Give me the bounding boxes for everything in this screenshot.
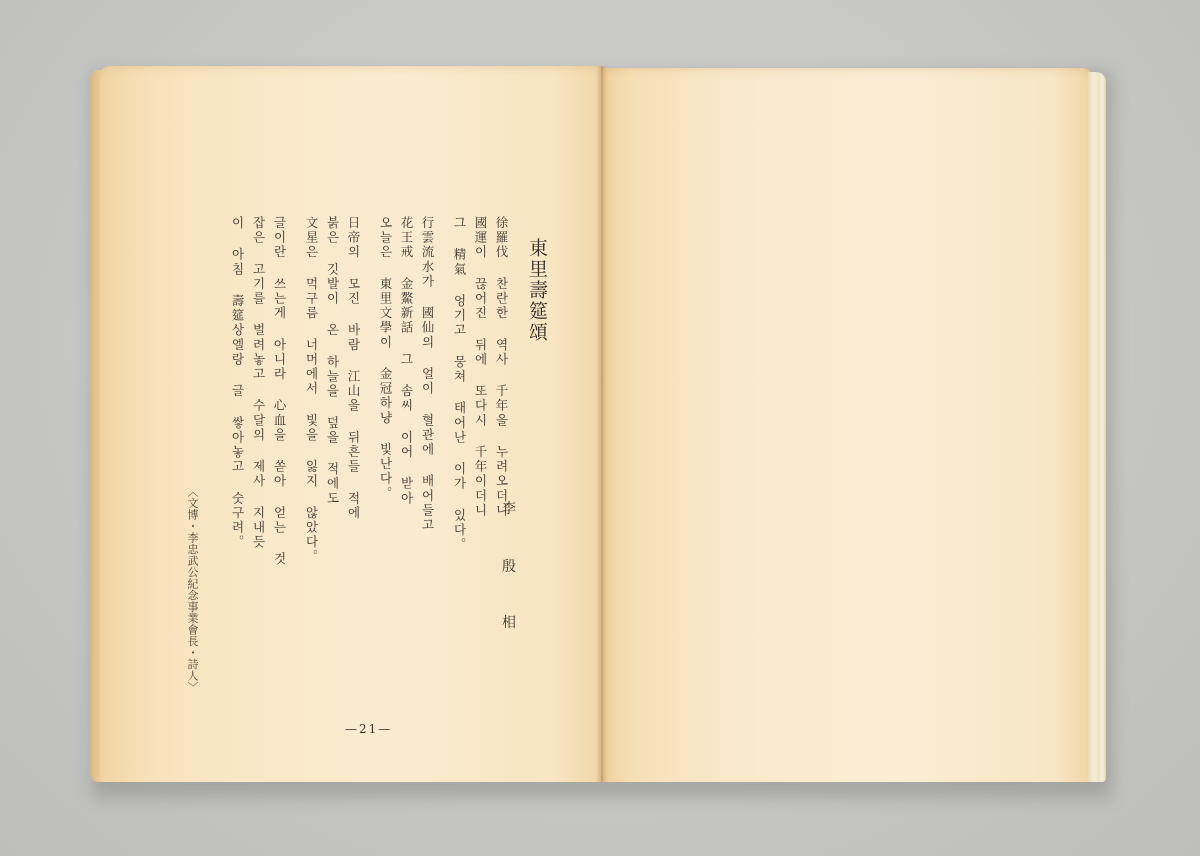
author-affiliation: 〈文博・李忠武公紀念事業會長・詩人〉: [184, 486, 200, 693]
author-name-char-1: 李: [502, 498, 516, 518]
poem-line-2: 國運이 끊어진 뒤에 또다시 千年이더니: [471, 216, 489, 518]
author-name-char-2: 殷: [502, 556, 516, 576]
poem-line-4: 行雲流水가 國仙의 얼이 혈관에 배어들고: [418, 216, 436, 533]
poem-line-9: 文星은 먹구름 너머에서 빛을 잃지 않았다。: [302, 216, 320, 564]
poem-line-7: 日帝의 모진 바람 江山을 뒤흔들 적에: [344, 216, 362, 521]
poem-line-12: 이 아침 壽筵상엘랑 글 쌓아놓고 숫구려。: [228, 216, 246, 550]
page-block-edge-right: [1088, 72, 1106, 782]
poem-line-5: 花王戒 金鰲新話 그 솜씨 이어 받아: [397, 216, 415, 506]
left-page: 東里壽筵頌 徐羅伐 찬란한 역사 千年을 누려오더니 國運이 끊어진 뒤에 또다…: [100, 66, 602, 782]
right-page: [602, 68, 1092, 782]
poem-line-10: 글이란 쓰는게 아니라 心血을 쏟아 얻는 것: [270, 216, 288, 567]
poem-line-8: 붉은 깃발이 온 하늘을 덮을 적에도: [323, 216, 341, 506]
poem-line-1: 徐羅伐 찬란한 역사 千年을 누려오더니: [492, 216, 510, 518]
poem-title: 東里壽筵頌: [524, 238, 551, 343]
poem-line-6: 오늘은 東里文學이 金冠하냥 빛난다。: [376, 216, 394, 501]
page-number: —21—: [345, 722, 392, 736]
poem-line-11: 잡은 고기를 벌려놓고 수달의 제사 지내듯: [249, 216, 267, 550]
poem-line-3: 그 精氣 엉기고 뭉쳐 태어난 이가 있다。: [450, 216, 468, 552]
open-book: 東里壽筵頌 徐羅伐 찬란한 역사 千年을 누려오더니 國運이 끊어진 뒤에 또다…: [90, 64, 1110, 786]
author-name-char-3: 相: [502, 612, 516, 632]
book-gutter: [596, 66, 608, 782]
